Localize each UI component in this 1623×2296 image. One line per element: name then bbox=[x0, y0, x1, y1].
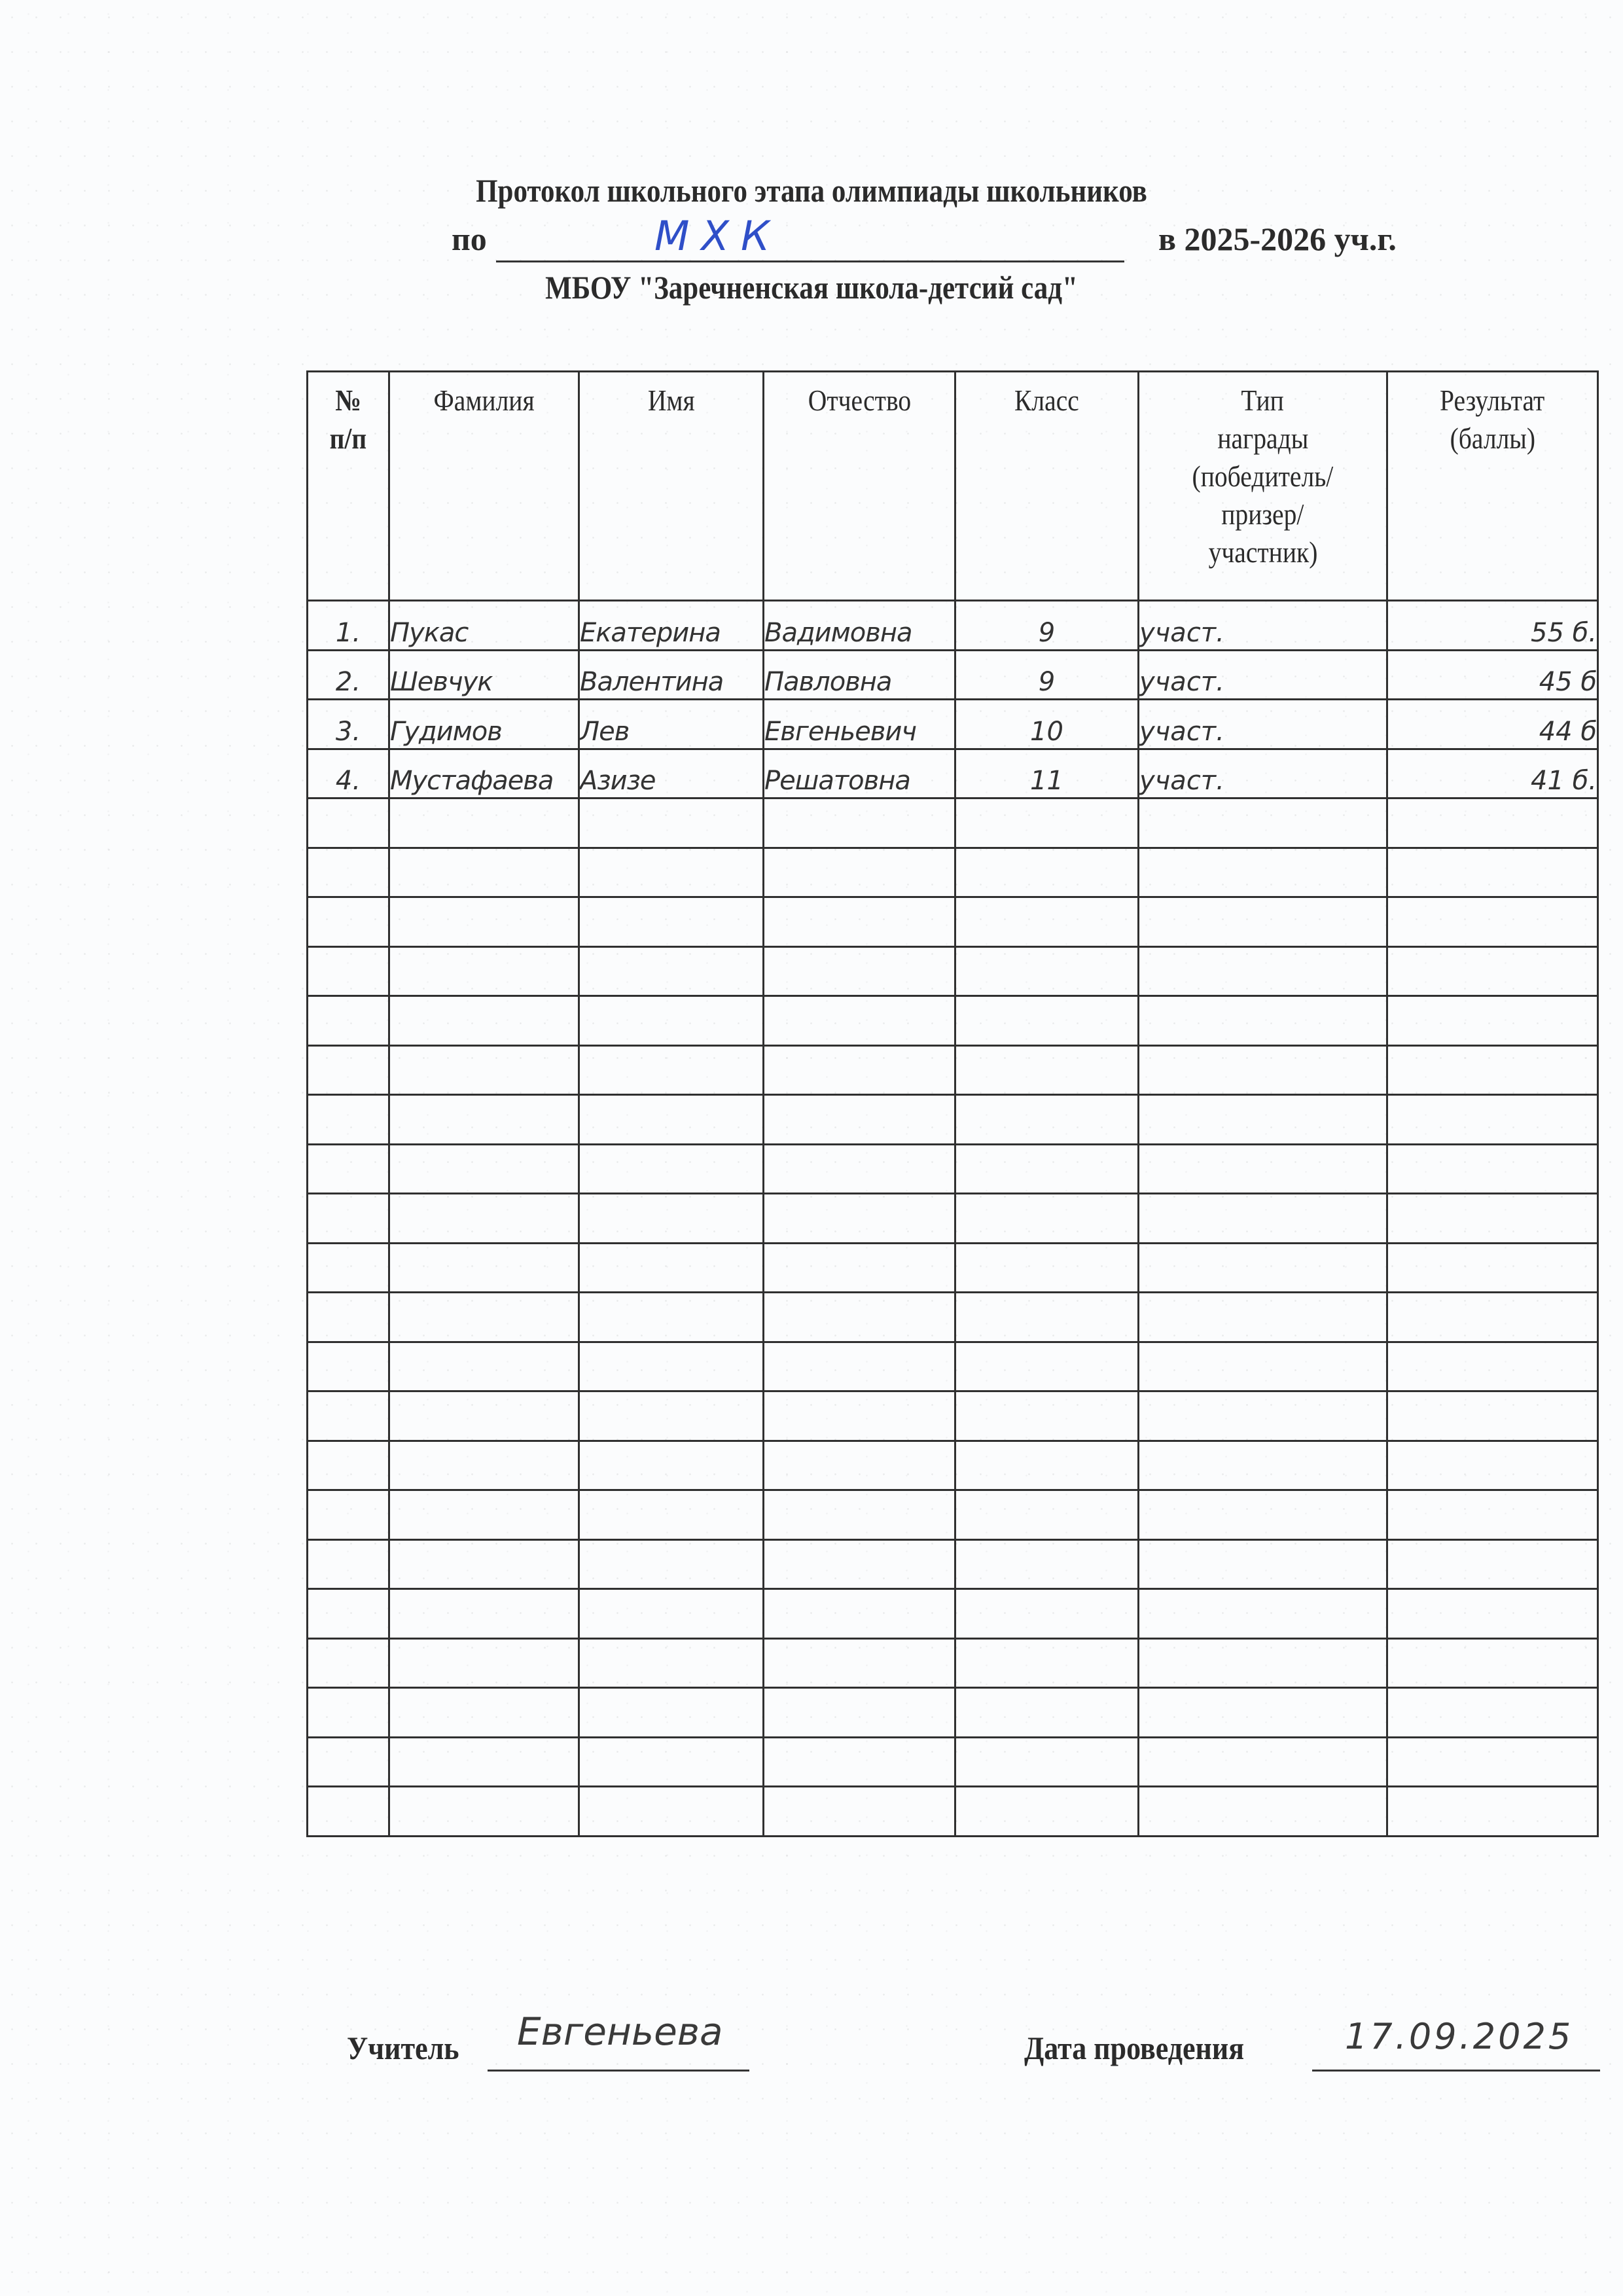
cell-score[interactable]: 45 б bbox=[1387, 650, 1598, 700]
cell-num[interactable]: 3. bbox=[308, 700, 389, 749]
empty-cell-num[interactable] bbox=[308, 1490, 389, 1540]
teacher-underline bbox=[488, 2070, 749, 2072]
empty-cell-last[interactable] bbox=[389, 1638, 579, 1688]
empty-cell-last[interactable] bbox=[389, 1144, 579, 1194]
empty-cell-class[interactable] bbox=[955, 1638, 1139, 1688]
empty-cell-patronymic[interactable] bbox=[764, 1342, 955, 1391]
empty-cell-last[interactable] bbox=[389, 1490, 579, 1540]
empty-cell-class[interactable] bbox=[955, 1688, 1139, 1738]
empty-cell-award[interactable] bbox=[1139, 1095, 1387, 1145]
empty-cell-first[interactable] bbox=[579, 1737, 764, 1787]
teacher-signature[interactable]: Евгеньева bbox=[517, 2009, 723, 2054]
empty-cell-score[interactable] bbox=[1387, 1441, 1598, 1490]
cell-last[interactable]: Пукас bbox=[389, 601, 579, 651]
empty-cell-award[interactable] bbox=[1139, 1144, 1387, 1194]
empty-cell-first[interactable] bbox=[579, 1787, 764, 1837]
empty-cell-last[interactable] bbox=[389, 1194, 579, 1244]
empty-cell-patronymic[interactable] bbox=[764, 1737, 955, 1787]
empty-cell-num[interactable] bbox=[308, 996, 389, 1046]
empty-cell-first[interactable] bbox=[579, 798, 764, 848]
cell-last[interactable]: Шевчук bbox=[389, 650, 579, 700]
empty-cell-num[interactable] bbox=[308, 1737, 389, 1787]
empty-cell-score[interactable] bbox=[1387, 1095, 1598, 1145]
empty-cell-first[interactable] bbox=[579, 1441, 764, 1490]
empty-cell-last[interactable] bbox=[389, 1243, 579, 1293]
date-underline bbox=[1312, 2070, 1600, 2072]
empty-cell-last[interactable] bbox=[389, 1045, 579, 1095]
empty-cell-last[interactable] bbox=[389, 1293, 579, 1342]
column-header-first: Имя bbox=[579, 372, 764, 601]
empty-cell-patronymic[interactable] bbox=[764, 1441, 955, 1490]
empty-cell-patronymic[interactable] bbox=[764, 1144, 955, 1194]
empty-cell-first[interactable] bbox=[579, 1243, 764, 1293]
empty-cell-class[interactable] bbox=[955, 1194, 1139, 1244]
empty-cell-class[interactable] bbox=[955, 897, 1139, 947]
empty-cell-class[interactable] bbox=[955, 1589, 1139, 1639]
empty-cell-score[interactable] bbox=[1387, 1342, 1598, 1391]
empty-cell-score[interactable] bbox=[1387, 1490, 1598, 1540]
date-label: Дата проведения bbox=[1024, 2029, 1244, 2067]
empty-cell-patronymic[interactable] bbox=[764, 1391, 955, 1441]
empty-cell-patronymic[interactable] bbox=[764, 946, 955, 996]
cell-patronymic[interactable]: Решатовна bbox=[764, 749, 955, 798]
empty-cell-patronymic[interactable] bbox=[764, 1194, 955, 1244]
cell-last[interactable]: Мустафаева bbox=[389, 749, 579, 798]
empty-cell-award[interactable] bbox=[1139, 1638, 1387, 1688]
empty-cell-score[interactable] bbox=[1387, 798, 1598, 848]
empty-cell-last[interactable] bbox=[389, 996, 579, 1046]
empty-cell-score[interactable] bbox=[1387, 1638, 1598, 1688]
empty-cell-class[interactable] bbox=[955, 1095, 1139, 1145]
table-row: 4.МустафаеваАзизеРешатовна11участ.41 б. bbox=[308, 749, 1598, 798]
empty-cell-last[interactable] bbox=[389, 1539, 579, 1589]
empty-cell-patronymic[interactable] bbox=[764, 1490, 955, 1540]
empty-table-row bbox=[308, 848, 1598, 897]
empty-cell-class[interactable] bbox=[955, 1243, 1139, 1293]
empty-cell-first[interactable] bbox=[579, 1342, 764, 1391]
empty-cell-last[interactable] bbox=[389, 1342, 579, 1391]
empty-table-row bbox=[308, 1737, 1598, 1787]
empty-cell-patronymic[interactable] bbox=[764, 848, 955, 897]
column-header-patronymic: Отчество bbox=[764, 372, 955, 601]
empty-table-row bbox=[308, 996, 1598, 1046]
empty-cell-patronymic[interactable] bbox=[764, 1638, 955, 1688]
empty-cell-patronymic[interactable] bbox=[764, 1787, 955, 1837]
column-header-line: Отчество bbox=[808, 382, 910, 420]
column-header-line: награды bbox=[1217, 420, 1308, 457]
empty-table-row bbox=[308, 1194, 1598, 1244]
empty-cell-score[interactable] bbox=[1387, 1293, 1598, 1342]
column-header-num: №п/п bbox=[308, 372, 389, 601]
empty-cell-patronymic[interactable] bbox=[764, 1243, 955, 1293]
empty-table-row bbox=[308, 1638, 1598, 1688]
empty-cell-score[interactable] bbox=[1387, 848, 1598, 897]
empty-cell-patronymic[interactable] bbox=[764, 1688, 955, 1738]
cell-score[interactable]: 55 б. bbox=[1387, 601, 1598, 651]
empty-cell-class[interactable] bbox=[955, 1737, 1139, 1787]
empty-cell-patronymic[interactable] bbox=[764, 1539, 955, 1589]
empty-cell-award[interactable] bbox=[1139, 1539, 1387, 1589]
cell-class[interactable]: 9 bbox=[955, 601, 1139, 651]
empty-cell-num[interactable] bbox=[308, 1095, 389, 1145]
empty-cell-num[interactable] bbox=[308, 798, 389, 848]
empty-cell-last[interactable] bbox=[389, 1688, 579, 1738]
empty-cell-patronymic[interactable] bbox=[764, 897, 955, 947]
empty-cell-num[interactable] bbox=[308, 1342, 389, 1391]
empty-cell-num[interactable] bbox=[308, 1787, 389, 1837]
empty-cell-first[interactable] bbox=[579, 996, 764, 1046]
empty-cell-score[interactable] bbox=[1387, 1243, 1598, 1293]
empty-cell-num[interactable] bbox=[308, 1243, 389, 1293]
empty-cell-last[interactable] bbox=[389, 1391, 579, 1441]
column-header-class: Класс bbox=[955, 372, 1139, 601]
cell-patronymic[interactable]: Павловна bbox=[764, 650, 955, 700]
empty-cell-last[interactable] bbox=[389, 946, 579, 996]
cell-last[interactable]: Гудимов bbox=[389, 700, 579, 749]
empty-cell-num[interactable] bbox=[308, 1293, 389, 1342]
cell-class[interactable]: 9 bbox=[955, 650, 1139, 700]
empty-cell-class[interactable] bbox=[955, 996, 1139, 1046]
empty-cell-class[interactable] bbox=[955, 1787, 1139, 1837]
column-header-line: № bbox=[335, 382, 361, 420]
cell-class[interactable]: 11 bbox=[955, 749, 1139, 798]
empty-cell-score[interactable] bbox=[1387, 1737, 1598, 1787]
empty-cell-num[interactable] bbox=[308, 946, 389, 996]
protocol-title: Протокол школьного этапа олимпиады школь… bbox=[114, 171, 1510, 209]
column-header-line: Фамилия bbox=[433, 382, 534, 420]
empty-cell-last[interactable] bbox=[389, 848, 579, 897]
empty-cell-first[interactable] bbox=[579, 1688, 764, 1738]
teacher-label: Учитель bbox=[347, 2029, 459, 2067]
cell-first[interactable]: Екатерина bbox=[579, 601, 764, 651]
empty-cell-num[interactable] bbox=[308, 1441, 389, 1490]
empty-cell-first[interactable] bbox=[579, 1490, 764, 1540]
teacher-block: Учитель Евгеньева bbox=[347, 2029, 474, 2067]
empty-cell-award[interactable] bbox=[1139, 1441, 1387, 1490]
empty-cell-class[interactable] bbox=[955, 1144, 1139, 1194]
empty-cell-class[interactable] bbox=[955, 848, 1139, 897]
column-header-score: Результат(баллы) bbox=[1387, 372, 1598, 601]
empty-cell-num[interactable] bbox=[308, 1539, 389, 1589]
empty-cell-score[interactable] bbox=[1387, 996, 1598, 1046]
empty-cell-patronymic[interactable] bbox=[764, 1589, 955, 1639]
table-body: 1.ПукасЕкатеринаВадимовна9участ.55 б.2.Ш… bbox=[308, 601, 1598, 1837]
empty-table-row bbox=[308, 1144, 1598, 1194]
empty-cell-first[interactable] bbox=[579, 946, 764, 996]
empty-table-row bbox=[308, 1539, 1598, 1589]
empty-cell-score[interactable] bbox=[1387, 946, 1598, 996]
subject-field[interactable]: МХК bbox=[654, 212, 781, 260]
empty-cell-score[interactable] bbox=[1387, 1539, 1598, 1589]
subject-line: по МХК в 2025-2026 уч.г. bbox=[452, 220, 1499, 259]
cell-num[interactable]: 2. bbox=[308, 650, 389, 700]
empty-cell-award[interactable] bbox=[1139, 1589, 1387, 1639]
empty-cell-award[interactable] bbox=[1139, 946, 1387, 996]
empty-cell-last[interactable] bbox=[389, 1737, 579, 1787]
table-row: 3.ГудимовЛевЕвгеньевич10участ.44 б bbox=[308, 700, 1598, 749]
empty-cell-num[interactable] bbox=[308, 1194, 389, 1244]
empty-cell-award[interactable] bbox=[1139, 897, 1387, 947]
empty-cell-last[interactable] bbox=[389, 1095, 579, 1145]
empty-cell-award[interactable] bbox=[1139, 798, 1387, 848]
empty-cell-num[interactable] bbox=[308, 1688, 389, 1738]
empty-cell-last[interactable] bbox=[389, 1589, 579, 1639]
empty-cell-award[interactable] bbox=[1139, 848, 1387, 897]
cell-num[interactable]: 4. bbox=[308, 749, 389, 798]
empty-cell-award[interactable] bbox=[1139, 1045, 1387, 1095]
empty-cell-last[interactable] bbox=[389, 1787, 579, 1837]
empty-cell-patronymic[interactable] bbox=[764, 798, 955, 848]
empty-table-row bbox=[308, 1391, 1598, 1441]
empty-cell-first[interactable] bbox=[579, 1589, 764, 1639]
cell-award[interactable]: участ. bbox=[1139, 700, 1387, 749]
empty-cell-award[interactable] bbox=[1139, 1688, 1387, 1738]
empty-cell-first[interactable] bbox=[579, 1045, 764, 1095]
table-header-row: №п/пФамилияИмяОтчествоКлассТипнаграды(по… bbox=[308, 372, 1598, 601]
cell-first[interactable]: Валентина bbox=[579, 650, 764, 700]
table-row: 2.ШевчукВалентинаПавловна9участ.45 б bbox=[308, 650, 1598, 700]
empty-cell-score[interactable] bbox=[1387, 1144, 1598, 1194]
column-header-line: участник) bbox=[1208, 533, 1317, 571]
empty-table-row bbox=[308, 1688, 1598, 1738]
empty-cell-last[interactable] bbox=[389, 798, 579, 848]
date-block: Дата проведения 17.09.2025 bbox=[1024, 2029, 1274, 2067]
empty-cell-last[interactable] bbox=[389, 897, 579, 947]
empty-table-row bbox=[308, 1787, 1598, 1837]
empty-cell-patronymic[interactable] bbox=[764, 996, 955, 1046]
empty-table-row bbox=[308, 1342, 1598, 1391]
empty-cell-first[interactable] bbox=[579, 848, 764, 897]
empty-cell-award[interactable] bbox=[1139, 1787, 1387, 1837]
empty-table-row bbox=[308, 897, 1598, 947]
empty-table-row bbox=[308, 1441, 1598, 1490]
empty-cell-first[interactable] bbox=[579, 1194, 764, 1244]
date-field[interactable]: 17.09.2025 bbox=[1345, 2016, 1573, 2057]
cell-score[interactable]: 44 б bbox=[1387, 700, 1598, 749]
empty-cell-patronymic[interactable] bbox=[764, 1045, 955, 1095]
empty-cell-award[interactable] bbox=[1139, 1342, 1387, 1391]
empty-cell-score[interactable] bbox=[1387, 1688, 1598, 1738]
empty-cell-num[interactable] bbox=[308, 1638, 389, 1688]
empty-table-row bbox=[308, 798, 1598, 848]
empty-cell-class[interactable] bbox=[955, 798, 1139, 848]
empty-table-row bbox=[308, 1045, 1598, 1095]
empty-cell-award[interactable] bbox=[1139, 1737, 1387, 1787]
cell-num[interactable]: 1. bbox=[308, 601, 389, 651]
empty-cell-first[interactable] bbox=[579, 1095, 764, 1145]
empty-cell-first[interactable] bbox=[579, 1391, 764, 1441]
column-header-line: п/п bbox=[330, 420, 367, 457]
cell-patronymic[interactable]: Вадимовна bbox=[764, 601, 955, 651]
column-header-line: Класс bbox=[1014, 382, 1079, 420]
empty-cell-first[interactable] bbox=[579, 1539, 764, 1589]
empty-cell-award[interactable] bbox=[1139, 1293, 1387, 1342]
empty-cell-first[interactable] bbox=[579, 1144, 764, 1194]
cell-score[interactable]: 41 б. bbox=[1387, 749, 1598, 798]
empty-cell-patronymic[interactable] bbox=[764, 1293, 955, 1342]
empty-cell-class[interactable] bbox=[955, 946, 1139, 996]
column-header-last: Фамилия bbox=[389, 372, 579, 601]
subject-field-underline bbox=[496, 260, 1124, 262]
empty-table-row bbox=[308, 1490, 1598, 1540]
subject-prefix: по bbox=[452, 220, 487, 258]
empty-cell-class[interactable] bbox=[955, 1045, 1139, 1095]
empty-cell-num[interactable] bbox=[308, 1391, 389, 1441]
empty-cell-class[interactable] bbox=[955, 1490, 1139, 1540]
cell-class[interactable]: 10 bbox=[955, 700, 1139, 749]
empty-cell-class[interactable] bbox=[955, 1441, 1139, 1490]
column-header-line: (баллы) bbox=[1450, 420, 1535, 457]
empty-cell-award[interactable] bbox=[1139, 1391, 1387, 1441]
empty-cell-award[interactable] bbox=[1139, 1490, 1387, 1540]
cell-patronymic[interactable]: Евгеньевич bbox=[764, 700, 955, 749]
cell-first[interactable]: Азизе bbox=[579, 749, 764, 798]
empty-cell-num[interactable] bbox=[308, 848, 389, 897]
empty-cell-num[interactable] bbox=[308, 1144, 389, 1194]
table-row: 1.ПукасЕкатеринаВадимовна9участ.55 б. bbox=[308, 601, 1598, 651]
empty-table-row bbox=[308, 946, 1598, 996]
empty-cell-score[interactable] bbox=[1387, 1589, 1598, 1639]
empty-cell-class[interactable] bbox=[955, 1391, 1139, 1441]
column-header-line: Результат bbox=[1440, 382, 1544, 420]
column-header-award: Типнаграды(победитель/призер/участник) bbox=[1139, 372, 1387, 601]
empty-cell-score[interactable] bbox=[1387, 1787, 1598, 1837]
empty-cell-num[interactable] bbox=[308, 1589, 389, 1639]
cell-award[interactable]: участ. bbox=[1139, 650, 1387, 700]
empty-cell-award[interactable] bbox=[1139, 1243, 1387, 1293]
academic-year: в 2025-2026 уч.г. bbox=[1158, 220, 1397, 258]
empty-cell-first[interactable] bbox=[579, 1638, 764, 1688]
empty-cell-first[interactable] bbox=[579, 897, 764, 947]
cell-award[interactable]: участ. bbox=[1139, 601, 1387, 651]
column-header-line: Имя bbox=[648, 382, 695, 420]
empty-cell-patronymic[interactable] bbox=[764, 1095, 955, 1145]
empty-table-row bbox=[308, 1589, 1598, 1639]
empty-table-row bbox=[308, 1293, 1598, 1342]
results-table: №п/пФамилияИмяОтчествоКлассТипнаграды(по… bbox=[306, 370, 1599, 1837]
empty-cell-score[interactable] bbox=[1387, 1194, 1598, 1244]
column-header-line: (победитель/ bbox=[1192, 457, 1334, 495]
cell-award[interactable]: участ. bbox=[1139, 749, 1387, 798]
empty-cell-score[interactable] bbox=[1387, 1391, 1598, 1441]
empty-cell-last[interactable] bbox=[389, 1441, 579, 1490]
empty-cell-class[interactable] bbox=[955, 1539, 1139, 1589]
empty-cell-num[interactable] bbox=[308, 1045, 389, 1095]
empty-cell-class[interactable] bbox=[955, 1342, 1139, 1391]
empty-cell-num[interactable] bbox=[308, 897, 389, 947]
empty-cell-first[interactable] bbox=[579, 1293, 764, 1342]
cell-first[interactable]: Лев bbox=[579, 700, 764, 749]
empty-table-row bbox=[308, 1243, 1598, 1293]
empty-cell-class[interactable] bbox=[955, 1293, 1139, 1342]
school-name: МБОУ "Заречненская школа-детсий сад" bbox=[114, 268, 1510, 306]
empty-table-row bbox=[308, 1095, 1598, 1145]
empty-cell-score[interactable] bbox=[1387, 897, 1598, 947]
empty-cell-award[interactable] bbox=[1139, 1194, 1387, 1244]
column-header-line: призер/ bbox=[1221, 495, 1304, 533]
empty-cell-award[interactable] bbox=[1139, 996, 1387, 1046]
empty-cell-score[interactable] bbox=[1387, 1045, 1598, 1095]
column-header-line: Тип bbox=[1241, 382, 1285, 420]
